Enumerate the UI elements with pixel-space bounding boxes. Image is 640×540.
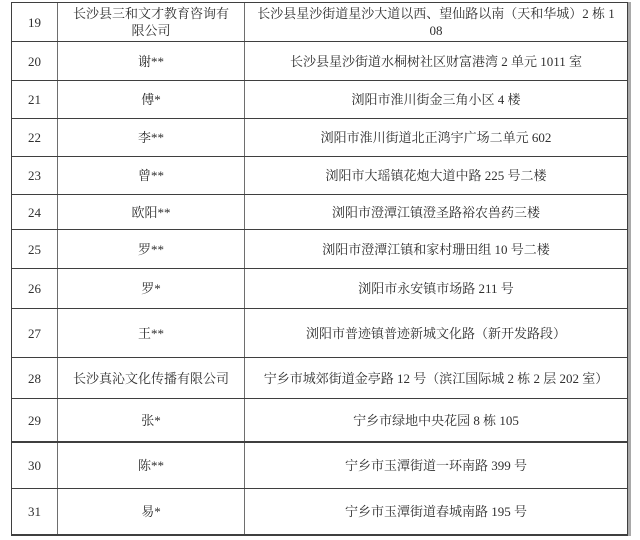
row-number: 24 — [12, 195, 57, 229]
entity-address: 长沙县星沙街道星沙大道以西、望仙路以南（天和华城）2 栋 108 — [244, 3, 627, 41]
row-number: 26 — [12, 269, 57, 308]
table-row: 20谢**长沙县星沙街道水桐树社区财富港湾 2 单元 1011 室 — [12, 42, 627, 81]
entity-address: 浏阳市澄潭江镇澄圣路裕农兽药三楼 — [244, 195, 627, 229]
entity-name: 傅* — [57, 81, 244, 118]
table-row: 26罗*浏阳市永安镇市场路 211 号 — [12, 269, 627, 309]
entity-address: 宁乡市城郊街道金亭路 12 号（滨江国际城 2 栋 2 层 202 室） — [244, 358, 627, 398]
entity-name: 易* — [57, 489, 244, 534]
row-number: 23 — [12, 157, 57, 194]
entity-name: 罗* — [57, 269, 244, 308]
table-row: 27王**浏阳市普迹镇普迹新城文化路（新开发路段） — [12, 309, 627, 358]
row-number: 30 — [12, 443, 57, 488]
entity-address: 宁乡市玉潭街道一环南路 399 号 — [244, 443, 627, 488]
table-row: 24欧阳**浏阳市澄潭江镇澄圣路裕农兽药三楼 — [12, 195, 627, 230]
entity-name: 王** — [57, 309, 244, 357]
entity-address: 浏阳市普迹镇普迹新城文化路（新开发路段） — [244, 309, 627, 357]
row-number: 31 — [12, 489, 57, 534]
address-table: 19长沙县三和文才教育咨询有限公司长沙县星沙街道星沙大道以西、望仙路以南（天和华… — [11, 2, 628, 536]
row-number: 28 — [12, 358, 57, 398]
table-row: 25罗**浏阳市澄潭江镇和家村珊田组 10 号二楼 — [12, 230, 627, 269]
entity-address: 浏阳市大瑶镇花炮大道中路 225 号二楼 — [244, 157, 627, 194]
row-number: 22 — [12, 119, 57, 156]
table-row: 28长沙真沁文化传播有限公司宁乡市城郊街道金亭路 12 号（滨江国际城 2 栋 … — [12, 358, 627, 399]
entity-name: 谢** — [57, 42, 244, 80]
table-row: 21傅*浏阳市淮川街金三角小区 4 楼 — [12, 81, 627, 119]
entity-name: 罗** — [57, 230, 244, 268]
table-row: 19长沙县三和文才教育咨询有限公司长沙县星沙街道星沙大道以西、望仙路以南（天和华… — [12, 3, 627, 42]
table-row: 31易*宁乡市玉潭街道春城南路 195 号 — [12, 489, 627, 534]
entity-name: 陈** — [57, 443, 244, 488]
entity-name: 曾** — [57, 157, 244, 194]
entity-name: 长沙县三和文才教育咨询有限公司 — [57, 3, 244, 41]
row-number: 27 — [12, 309, 57, 357]
entity-name: 长沙真沁文化传播有限公司 — [57, 358, 244, 398]
entity-address: 浏阳市淮川街道北正鸿宇广场二单元 602 — [244, 119, 627, 156]
entity-address: 宁乡市绿地中央花园 8 栋 105 — [244, 399, 627, 441]
entity-name: 李** — [57, 119, 244, 156]
entity-name: 张* — [57, 399, 244, 441]
row-number: 29 — [12, 399, 57, 441]
row-number: 25 — [12, 230, 57, 268]
entity-address: 浏阳市澄潭江镇和家村珊田组 10 号二楼 — [244, 230, 627, 268]
table-row: 23曾**浏阳市大瑶镇花炮大道中路 225 号二楼 — [12, 157, 627, 195]
entity-address: 浏阳市永安镇市场路 211 号 — [244, 269, 627, 308]
row-number: 21 — [12, 81, 57, 118]
entity-address: 宁乡市玉潭街道春城南路 195 号 — [244, 489, 627, 534]
row-number: 20 — [12, 42, 57, 80]
page: 19长沙县三和文才教育咨询有限公司长沙县星沙街道星沙大道以西、望仙路以南（天和华… — [0, 0, 640, 540]
row-number: 19 — [12, 3, 57, 41]
entity-address: 长沙县星沙街道水桐树社区财富港湾 2 单元 1011 室 — [244, 42, 627, 80]
table-row: 29张*宁乡市绿地中央花园 8 栋 105 — [12, 399, 627, 443]
table-row: 30陈**宁乡市玉潭街道一环南路 399 号 — [12, 443, 627, 489]
entity-address: 浏阳市淮川街金三角小区 4 楼 — [244, 81, 627, 118]
table-row: 22李**浏阳市淮川街道北正鸿宇广场二单元 602 — [12, 119, 627, 157]
entity-name: 欧阳** — [57, 195, 244, 229]
